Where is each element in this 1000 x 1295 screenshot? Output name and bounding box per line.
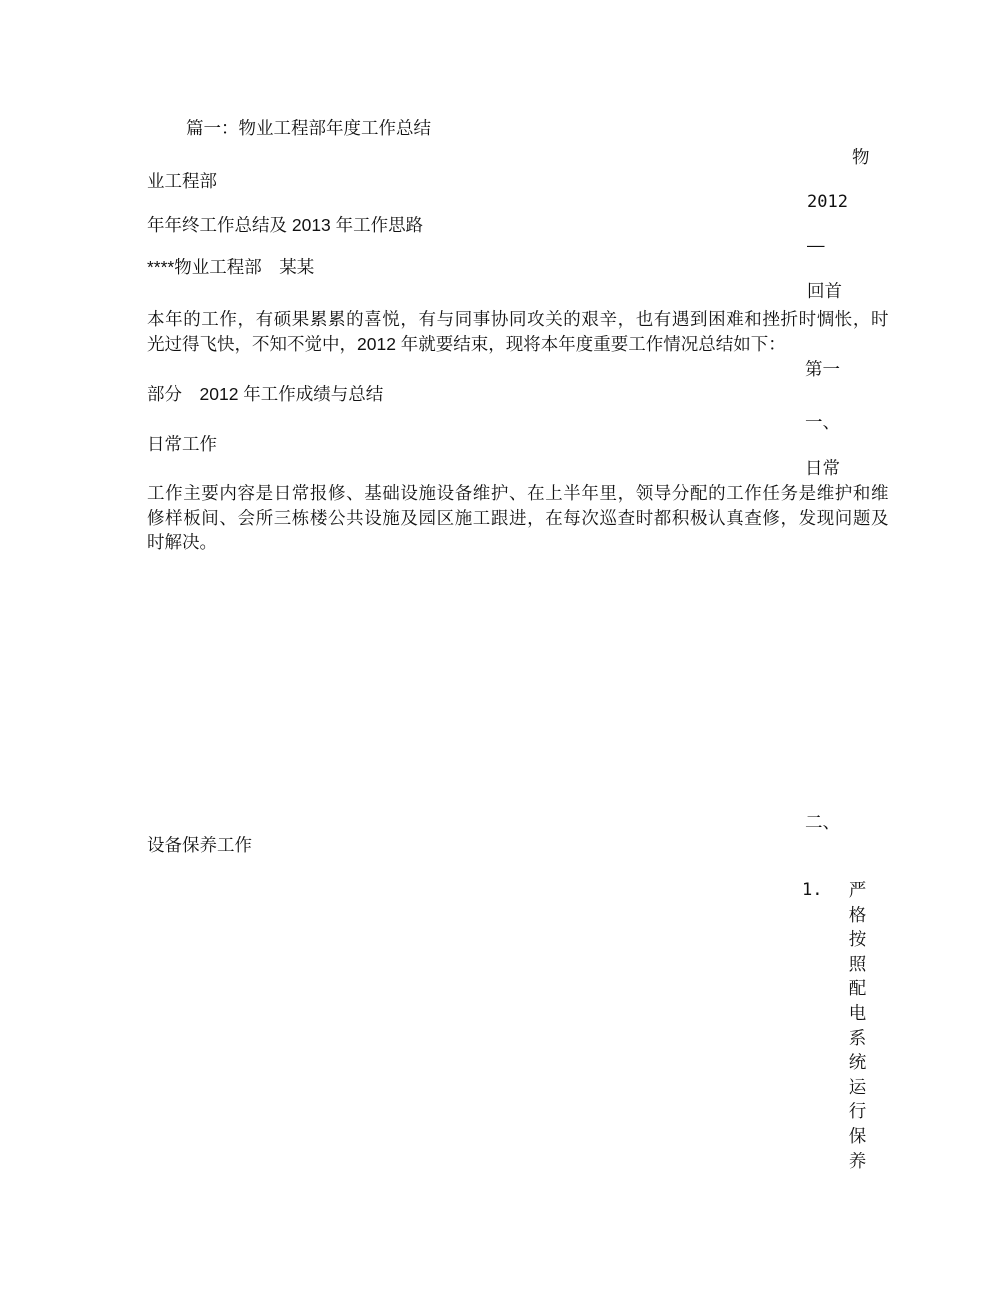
paragraph-lead-fragment: 第一 <box>805 357 840 382</box>
document-text-line: 日常工作 <box>147 432 217 457</box>
document-text-line: 工作主要内容是日常报修、基础设施设备维护、在上半年里，领导分配的工作任务是维护和… <box>147 481 889 506</box>
paragraph-lead-fragment: 一、 <box>805 410 840 435</box>
document-text-line: 光过得飞快，不知不觉中，2012 年就要结束，现将本年度重要工作情况总结如下： <box>147 332 786 357</box>
document-text-line: 设备保养工作 <box>147 833 252 858</box>
paragraph-lead-fragment: 日常 <box>805 456 840 481</box>
document-text-line: 本年的工作，有硕果累累的喜悦，有与同事协同攻关的艰辛，也有遇到困难和挫折时惆怅，… <box>147 307 889 332</box>
vertical-text-column: 严格按照配电系统运行保养 <box>847 878 868 1173</box>
paragraph-lead-fragment: — <box>807 233 825 258</box>
document-text-line: 业工程部 <box>147 169 217 194</box>
document-text-line: 修样板间、会所三栋楼公共设施及园区施工跟进，在每次巡查时都积极认真查修，发现问题… <box>147 506 889 531</box>
paragraph-lead-fragment: 二、 <box>805 810 840 835</box>
document-text-line: 时解决。 <box>147 530 217 555</box>
document-page: 篇一：物业工程部年度工作总结 物 业工程部 2012 年年终工作总结及 2013… <box>0 0 1000 1295</box>
paragraph-lead-fragment: 2012 <box>807 190 848 215</box>
list-number-marker: 1. <box>802 878 822 903</box>
paragraph-lead-fragment: 回首 <box>807 279 842 304</box>
document-heading-line: 篇一：物业工程部年度工作总结 <box>186 116 431 141</box>
paragraph-lead-fragment: 物 <box>852 145 870 170</box>
document-text-line: 部分 2012 年工作成绩与总结 <box>147 382 383 407</box>
document-text-line: 年年终工作总结及 2013 年工作思路 <box>147 213 423 238</box>
document-text-line: ****物业工程部 某某 <box>147 255 314 280</box>
